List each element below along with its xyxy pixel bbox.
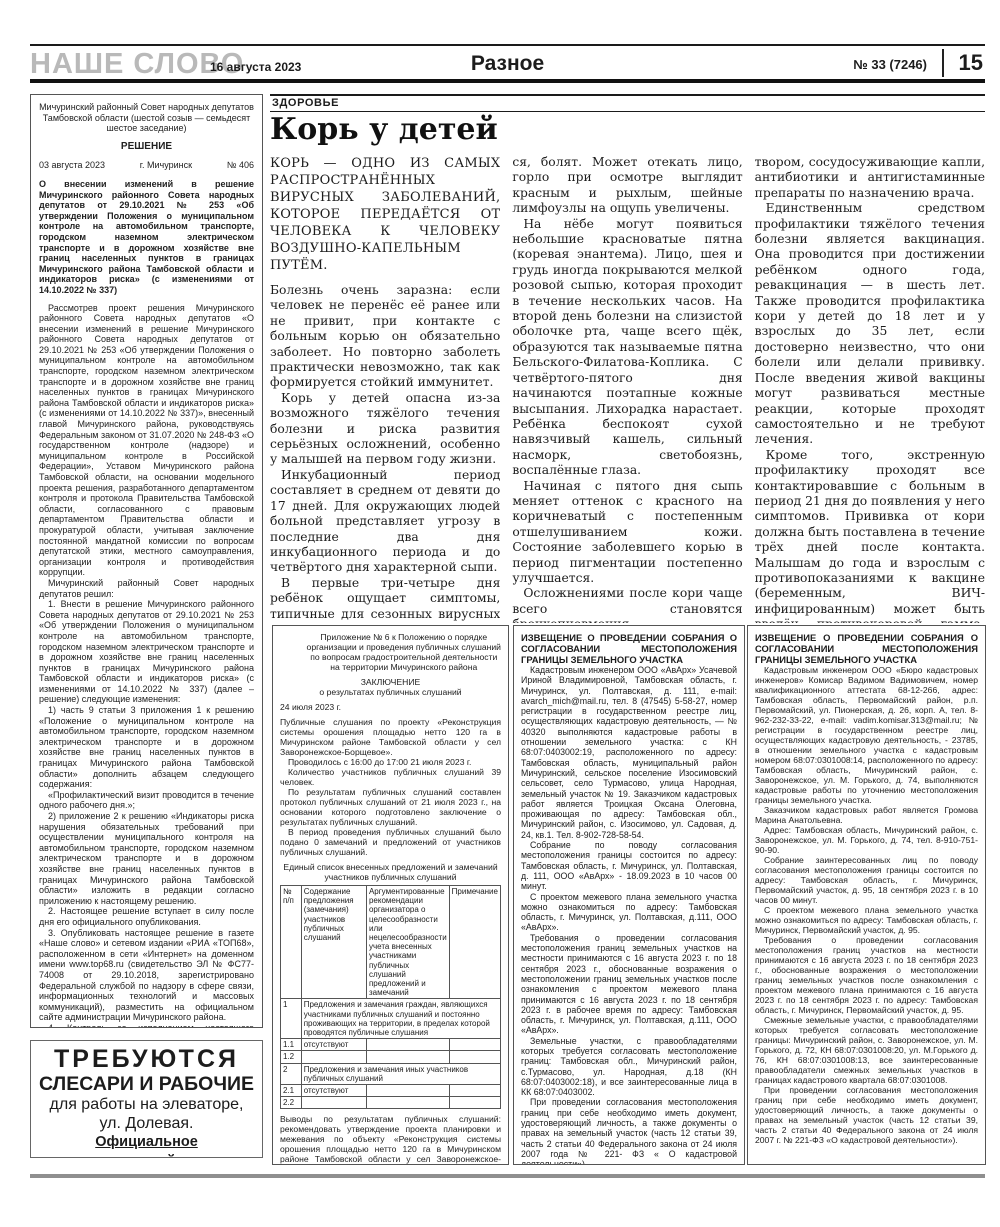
conclusion-title: ЗАКЛЮЧЕНИЕ xyxy=(280,677,501,687)
article-paragraph: Инкубационный период составляет в средне… xyxy=(270,468,500,576)
table-cell: 2.2 xyxy=(281,1097,302,1109)
notice-title: ИЗВЕЩЕНИЕ О ПРОВЕДЕНИИ СОБРАНИЯ О СОГЛАС… xyxy=(755,632,978,665)
table-cell: отсутствуют xyxy=(301,1085,366,1097)
conclusion-findings: Выводы по результатам публичных слушаний… xyxy=(280,1114,501,1165)
article-body: КОРЬ — ОДНО ИЗ САМЫХ РАСПРОСТРАНЁННЫХ ВИ… xyxy=(270,155,985,623)
resolution-paragraph: 2) приложение 2 к решению «Индикаторы ри… xyxy=(39,811,254,906)
resolution-document: Мичуринский районный Совет народных депу… xyxy=(30,94,263,1028)
ad-subheadline: СЛЕСАРИ И РАБОЧИЕ xyxy=(35,1073,258,1095)
hearings-conclusion-document: Приложение № 6 к Положению о порядке орг… xyxy=(272,625,509,1165)
notice-paragraph: Требования о проведении согласования мес… xyxy=(755,935,978,1015)
ad-employment-note: Официальное трудоустройство xyxy=(35,1133,258,1158)
notice-paragraph: С проектом межевого плана земельного уча… xyxy=(755,905,978,935)
article-title: Корь у детей xyxy=(270,114,498,146)
notice-paragraph: Требования о проведении согласования мес… xyxy=(521,933,737,1036)
resolution-paragraph: 2. Настоящее решение вступает в силу пос… xyxy=(39,906,254,927)
table-cell xyxy=(449,1097,500,1109)
kicker-top-rule xyxy=(270,94,985,96)
ad-text-line: ул. Долевая. xyxy=(35,1114,258,1133)
notice-paragraph: При проведении согласования местоположен… xyxy=(521,1097,737,1165)
article-paragraph: твором, сосудосуживающие капли, антибиот… xyxy=(755,155,985,201)
notice-paragraph: Земельные участки, с правообладателями к… xyxy=(521,1036,737,1098)
table-row: 2.2 xyxy=(281,1097,501,1109)
resolution-date: 03 августа 2023 xyxy=(39,160,105,171)
conclusion-paragraph: Публичные слушания по проекту «Реконстру… xyxy=(280,717,501,757)
table-cell xyxy=(366,1051,449,1063)
resolution-doc-type: РЕШЕНИЕ xyxy=(39,142,254,153)
article-lead: КОРЬ — ОДНО ИЗ САМЫХ РАСПРОСТРАНЁННЫХ ВИ… xyxy=(270,155,500,274)
header-row: НАШЕ СЛОВО 16 августа 2023 Разное № 33 (… xyxy=(30,48,985,79)
table-cell: 1.2 xyxy=(281,1051,302,1063)
notice-paragraph: Смежные земельные участки, с правооблада… xyxy=(755,1015,978,1085)
resolution-title: О внесении изменений в решение Мичуринск… xyxy=(39,179,254,296)
table-cell: Предложения и замечания граждан, являющи… xyxy=(301,999,500,1039)
article-paragraph: На нёбе могут появиться небольшие красно… xyxy=(512,217,742,479)
resolution-org: Мичуринский районный Совет народных депу… xyxy=(39,102,254,134)
resolution-paragraph: 1. Внести в решение Мичуринского районно… xyxy=(39,599,254,705)
resolution-paragraph: Рассмотрев проект решения Мичуринского р… xyxy=(39,303,254,578)
conclusion-paragraph: По результатам публичных слушаний состав… xyxy=(280,787,501,827)
conclusion-date: 24 июля 2023 г. xyxy=(280,702,501,712)
notice-title: ИЗВЕЩЕНИЕ О ПРОВЕДЕНИИ СОБРАНИЯ О СОГЛАС… xyxy=(521,632,737,665)
page-bottom-rule xyxy=(30,1174,985,1178)
table-row: 2 Предложения и замечания иных участнико… xyxy=(281,1063,501,1084)
table-cell: 1.1 xyxy=(281,1039,302,1051)
land-survey-notice-1: ИЗВЕЩЕНИЕ О ПРОВЕДЕНИИ СОБРАНИЯ О СОГЛАС… xyxy=(513,625,745,1165)
conclusion-paragraph: Проводилось с 16:00 до 17:00 21 июля 202… xyxy=(280,757,501,767)
resolution-paragraph: «Профилактический визит проводится в теч… xyxy=(39,790,254,811)
table-header-cell: Аргументированные рекомендации организат… xyxy=(366,886,449,999)
table-cell: 2 xyxy=(281,1063,302,1084)
job-ad: ТРЕБУЮТСЯ СЛЕСАРИ И РАБОЧИЕ для работы н… xyxy=(30,1040,263,1158)
table-cell xyxy=(366,1097,449,1109)
table-cell: Предложения и замечания иных участников … xyxy=(301,1063,500,1084)
table-row: 1.1 отсутствуют xyxy=(281,1039,501,1051)
table-cell xyxy=(301,1051,366,1063)
conclusion-subtitle: о результатах публичных слушаний xyxy=(280,687,501,697)
ad-headline: ТРЕБУЮТСЯ xyxy=(35,1046,258,1073)
notice-paragraph: Заказчиком кадастровых работ является Гр… xyxy=(755,805,978,825)
table-row: 2.1 отсутствуют xyxy=(281,1085,501,1097)
page-number: 15 xyxy=(959,50,983,76)
table-cell xyxy=(366,1039,449,1051)
issue-number: № 33 (7246) xyxy=(853,57,927,72)
article-paragraph: Начиная с пятого дня сыпь меняет оттенок… xyxy=(512,479,742,587)
appendix-header: Приложение № 6 к Положению о порядке орг… xyxy=(307,632,501,672)
notice-paragraph: При проведении согласования местоположен… xyxy=(755,1085,978,1145)
table-row: 1.2 xyxy=(281,1051,501,1063)
table-cell xyxy=(449,1085,500,1097)
proposals-table: № п/п Содержание предложения (замечания)… xyxy=(280,885,501,1109)
section-title: Разное xyxy=(30,52,985,76)
conclusion-paragraph: Количество участников публичных слушаний… xyxy=(280,767,501,787)
article-kicker: ЗДОРОВЬЕ xyxy=(272,97,339,109)
table-header-row: № п/п Содержание предложения (замечания)… xyxy=(281,886,501,999)
resolution-number: № 406 xyxy=(227,160,254,171)
notice-paragraph: Кадастровым инженером ООО «АвАрх» Усачев… xyxy=(521,665,737,840)
resolution-paragraph: 4. Контроль за исполнением настоящего ре… xyxy=(39,1023,254,1028)
table-cell: 2.1 xyxy=(281,1085,302,1097)
header-divider xyxy=(942,49,944,77)
table-cell xyxy=(301,1097,366,1109)
table-header-cell: № п/п xyxy=(281,886,302,999)
table-row: 1 Предложения и замечания граждан, являю… xyxy=(281,999,501,1039)
table-header-cell: Примечание xyxy=(449,886,500,999)
article-column-2: ся, болят. Может отекать лицо, горло при… xyxy=(512,155,742,623)
table-cell xyxy=(449,1039,500,1051)
article-column-1: КОРЬ — ОДНО ИЗ САМЫХ РАСПРОСТРАНЁННЫХ ВИ… xyxy=(270,155,500,623)
notice-paragraph: Собрание заинтересованных лиц по поводу … xyxy=(755,855,978,905)
proposals-list-title: Единый список внесенных предложений и за… xyxy=(280,862,501,882)
resolution-paragraph: 1) часть 9 статьи 3 приложения 1 к решен… xyxy=(39,705,254,790)
resolution-paragraph: 3. Опубликовать настоящее решение в газе… xyxy=(39,928,254,1023)
article-paragraph: Единственным средством профилактики тяжё… xyxy=(755,201,985,448)
table-cell xyxy=(449,1051,500,1063)
notice-paragraph: Адрес: Тамбовская область, Мичуринский р… xyxy=(755,825,978,855)
notice-paragraph: Кадастровым инженером ООО «Бюро кадастро… xyxy=(755,665,978,805)
resolution-paragraph: Мичуринский районный Совет народных депу… xyxy=(39,578,254,599)
notice-paragraph: С проектом межевого плана земельного уча… xyxy=(521,892,737,933)
article-paragraph: ся, болят. Может отекать лицо, горло при… xyxy=(512,155,742,217)
table-cell: отсутствуют xyxy=(301,1039,366,1051)
table-header-cell: Содержание предложения (замечания) участ… xyxy=(301,886,366,999)
table-cell xyxy=(366,1085,449,1097)
newspaper-page: НАШЕ СЛОВО 16 августа 2023 Разное № 33 (… xyxy=(0,0,1000,1227)
article-paragraph: Осложнениями после кори чаще всего стано… xyxy=(512,586,742,623)
article-paragraph: В первые три-четыре дня ребёнок ощущает … xyxy=(270,576,500,623)
table-cell: 1 xyxy=(281,999,302,1039)
resolution-place: г. Мичуринск xyxy=(140,160,192,171)
article-paragraph: Кроме того, экстренную профилактику прох… xyxy=(755,448,985,623)
article-column-3: твором, сосудосуживающие капли, антибиот… xyxy=(755,155,985,623)
notice-paragraph: Собрание по поводу согласования местопол… xyxy=(521,840,737,891)
header-bottom-rule xyxy=(30,79,985,83)
article-paragraph: Корь у детей опасна из-за возможного тяж… xyxy=(270,391,500,468)
header-top-rule xyxy=(30,44,985,46)
resolution-meta: 03 августа 2023 г. Мичуринск № 406 xyxy=(39,160,254,171)
ad-text-line: для работы на элеваторе, xyxy=(35,1095,258,1114)
article-paragraph: Болезнь очень заразна: если человек не п… xyxy=(270,283,500,391)
land-survey-notice-2: ИЗВЕЩЕНИЕ О ПРОВЕДЕНИИ СОБРАНИЯ О СОГЛАС… xyxy=(747,625,986,1165)
conclusion-paragraph: В период проведения публичных слушаний б… xyxy=(280,827,501,857)
